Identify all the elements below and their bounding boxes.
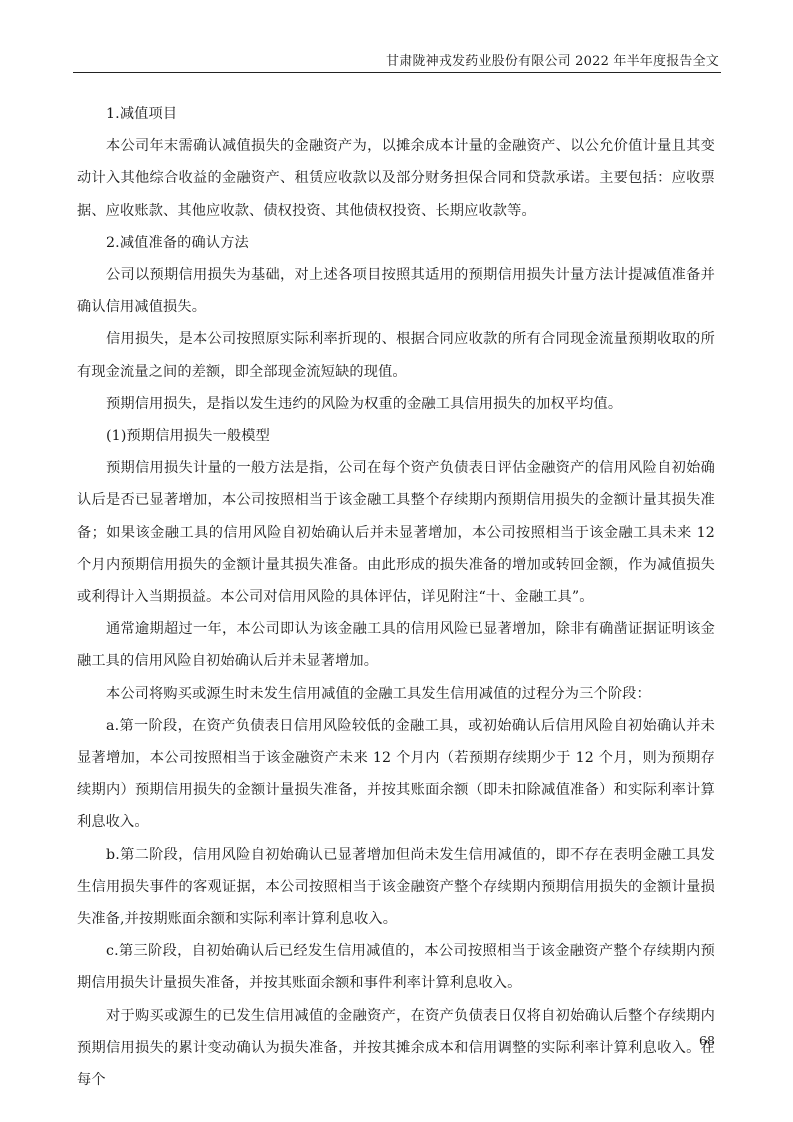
- paragraph: 预期信用损失计量的一般方法是指，公司在每个资产负债表日评估金融资产的信用风险自初…: [77, 452, 715, 613]
- paragraph: 公司以预期信用损失为基础，对上述各项目按照其适用的预期信用损失计量方法计提减值准…: [77, 259, 715, 323]
- document-body: 1.减值项目 本公司年末需确认减值损失的金融资产为，以摊余成本计量的金融资产、以…: [77, 98, 715, 1096]
- paragraph: 本公司年末需确认减值损失的金融资产为，以摊余成本计量的金融资产、以公允价值计量且…: [77, 130, 715, 227]
- section-heading-recognition-method: 2.减值准备的确认方法: [77, 227, 715, 259]
- report-title: 甘肃陇神戎发药业股份有限公司 2022 年半年度报告全文: [386, 50, 719, 69]
- paragraph-stage-a: a.第一阶段，在资产负债表日信用风险较低的金融工具，或初始确认后信用风险自初始确…: [77, 710, 715, 839]
- paragraph: 本公司将购买或源生时未发生信用减值的金融工具发生信用减值的过程分为三个阶段：: [77, 678, 715, 710]
- paragraph: 信用损失，是本公司按照原实际利率折现的、根据合同应收款的所有合同现金流量预期收取…: [77, 323, 715, 387]
- paragraph-stage-b: b.第二阶段，信用风险自初始确认已显著增加但尚未发生信用减值的，即不存在表明金融…: [77, 839, 715, 936]
- paragraph: 通常逾期超过一年，本公司即认为该金融工具的信用风险已显著增加，除非有确凿证据证明…: [77, 613, 715, 677]
- paragraph: 对于购买或源生的已发生信用减值的金融资产，在资产负债表日仅将自初始确认后整个存续…: [77, 1000, 715, 1097]
- subsection-heading-general-model: (1)预期信用损失一般模型: [77, 420, 715, 452]
- page-header: 甘肃陇神戎发药业股份有限公司 2022 年半年度报告全文: [73, 48, 721, 73]
- paragraph-stage-c: c.第三阶段，自初始确认后已经发生信用减值的，本公司按照相当于该金融资产整个存续…: [77, 935, 715, 999]
- page-number: 68: [699, 1033, 715, 1048]
- paragraph: 预期信用损失，是指以发生违约的风险为权重的金融工具信用损失的加权平均值。: [77, 388, 715, 420]
- section-heading-impairment-items: 1.减值项目: [77, 98, 715, 130]
